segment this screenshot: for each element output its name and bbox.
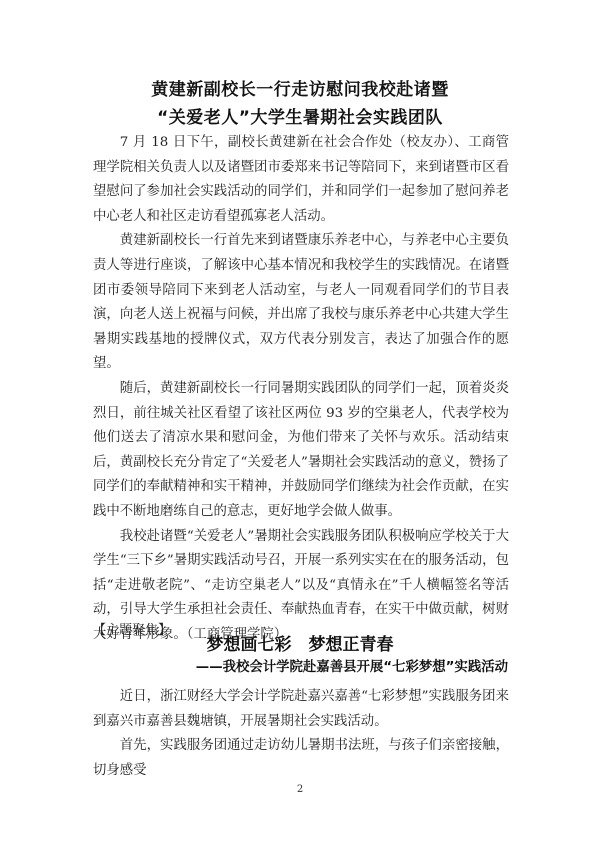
article1-title-line1: 黄建新副校长一行走访慰问我校赴诸暨 (0, 79, 600, 101)
article2-body: 近日，浙江财经大学会计学院赴嘉兴嘉善“七彩梦想”实践服务团来到嘉兴市嘉善县魏塘镇… (93, 685, 509, 783)
article2-subtitle: ——我校会计学院赴嘉善县开展“七彩梦想”实践活动 (196, 659, 508, 677)
article2-paragraph-2: 首先，实践服务团通过走访幼儿暑期书法班，与孩子们亲密接触，切身感受 (93, 734, 509, 783)
page-number: 2 (0, 784, 600, 795)
article2-title: 梦想画七彩 梦想正青春 (0, 634, 600, 656)
document-page: 黄建新副校长一行走访慰问我校赴诸暨 “关爱老人”大学生暑期社会实践团队 7 月 … (0, 0, 600, 848)
article1-title-line2: “关爱老人”大学生暑期社会实践团队 (0, 107, 600, 129)
article1-paragraph-3: 随后，黄建新副校长一行同暑期实践团队的同学们一起，顶着炎炎烈日，前往城关社区看望… (93, 377, 509, 525)
article1-paragraph-2: 黄建新副校长一行首先来到诸暨康乐养老中心，与养老中心主要负责人等进行座谈，了解该… (93, 229, 509, 377)
article2-paragraph-1: 近日，浙江财经大学会计学院赴嘉兴嘉善“七彩梦想”实践服务团来到嘉兴市嘉善县魏塘镇… (93, 685, 509, 734)
article1-body: 7 月 18 日下午，副校长黄建新在社会合作处（校友办）、工商管理学院相关负责人… (93, 131, 509, 647)
article1-paragraph-1: 7 月 18 日下午，副校长黄建新在社会合作处（校友办）、工商管理学院相关负责人… (93, 131, 509, 229)
